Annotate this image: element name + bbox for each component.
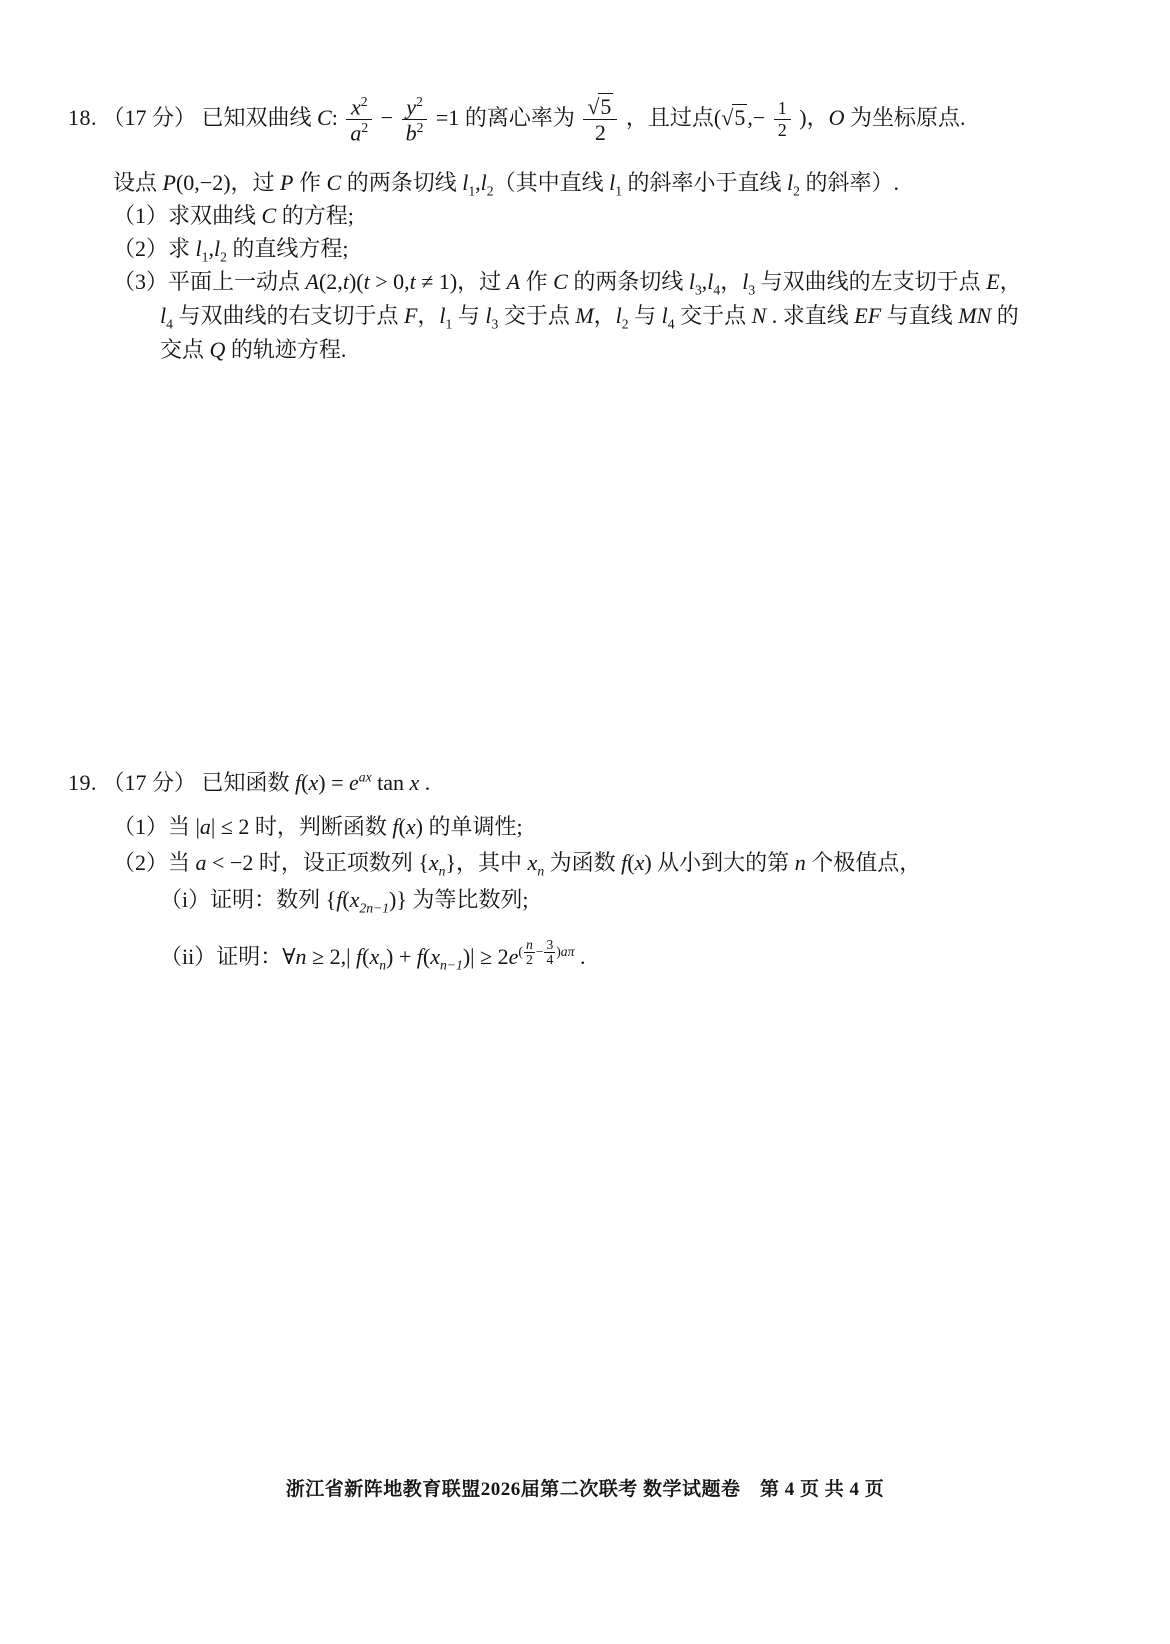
fraction-numerator: x2 [346,95,372,119]
text-run: . [419,770,430,795]
text-run: 求双曲线 [168,203,262,228]
fraction: y2 b2 [402,95,428,145]
text-run: 的直线方程; [227,236,349,261]
math-var: x [430,944,440,969]
text-run: ， [594,303,616,328]
page-footer: 浙江省新阵地教育联盟2026届第二次联考 数学试题卷 第 4 页 共 4 页 [0,1474,1170,1501]
math-var: y [406,94,416,119]
text-run: 与 [629,303,662,328]
problem-19-subitem-ii: （ii）证明：∀n ≥ 2,| f(xn) + f(xn−1)| ≥ 2e(n2… [160,938,585,975]
math-var: n [379,957,386,972]
text-run: 的两条切线 [568,269,689,294]
points-label: （17 分） [103,105,197,130]
math-sup: 2 [417,120,424,135]
text-run: ) + [386,944,417,969]
fraction-numerator: y2 [402,95,428,119]
text-run: : [332,105,338,130]
text-run: 的 [991,303,1019,328]
text-run: ≠ 1)，过 [416,269,507,294]
math-var: P [163,170,176,195]
math-sub: 4 [166,316,173,331]
radicand: 5 [732,104,747,130]
text-run: )| ≥ 2 [463,944,509,969]
problem-18-item-3-line-1: （3）平面上一动点 A(2,t)(t > 0,t ≠ 1)，过 A 作 C 的两… [113,267,1022,300]
text-run: 个极值点， [806,850,922,875]
math-var: x [350,887,360,912]
fraction-denominator: 2 [774,119,791,140]
text-run: 证明：∀ [216,944,295,969]
math-var: x [351,94,361,119]
math-var: a [196,850,207,875]
text-run: )( [349,269,364,294]
math-sub: 1 [615,183,622,198]
math-var: b [406,121,417,146]
sqrt: √5 [721,104,747,130]
text-run: ( [342,887,349,912]
item-tag: （1） [113,814,168,839]
problem-19-item-2: （2）当 a < −2 时，设正项数列 {xn}，其中 xn 为函数 f(x) … [113,848,921,881]
math-operator: − [381,105,393,130]
text-run: ,− [747,105,765,130]
text-run: ( [627,850,634,875]
text-run: }，其中 [445,850,527,875]
fraction-numerator: n [524,938,535,952]
math-var: C [327,170,342,195]
math-var: x [369,944,379,969]
text-run: 的方程; [276,203,354,228]
text-run: 已知函数 [202,770,296,795]
text-run: （其中直线 [494,170,610,195]
math-sup: 2 [361,94,368,109]
radicand: 5 [598,93,613,119]
text-run: 设点 [113,170,163,195]
text-run: 的两条切线 [341,170,462,195]
problem-19-item-1: （1）当 |a| ≤ 2 时，判断函数 f(x) 的单调性; [113,812,523,842]
text-run: 作 [520,269,553,294]
text-run: > 0, [370,269,410,294]
text-run: 交于点 [675,303,752,328]
math-var: EF [854,303,881,328]
math-var: N [752,303,767,328]
item-tag: （2） [113,236,168,261]
text-run: 的斜率）. [800,170,899,195]
math-sup: ax [359,770,372,785]
text-run: 为函数 [544,850,621,875]
math-var: C [553,269,568,294]
radical-icon: √ [721,105,732,130]
exam-page: 18. （17 分） 已知双曲线 C: x2 a2 − y2 b2 =1 的离心… [0,0,1170,1644]
problem-18-line-1: 18. （17 分） 已知双曲线 C: x2 a2 − y2 b2 =1 的离心… [68,95,965,145]
math-sub: 2 [622,316,629,331]
text-run: ) 的单调性; [416,814,523,839]
problem-18-item-1: （1）求双曲线 C 的方程; [113,201,354,231]
math-sub: 3 [695,282,702,297]
text-run: | ≤ 2 时，判断函数 [211,814,392,839]
text-run: tan [372,770,410,795]
math-var: A [507,269,520,294]
text-run: ， [1000,269,1022,294]
text-run: 交于点 [498,303,575,328]
problem-19-subitem-i: （i）证明：数列 {f(x2n−1)} 为等比数列; [160,885,529,918]
text-run: )， [799,105,828,130]
fraction-denominator: 2 [583,119,617,144]
problem-18-line-2: 设点 P(0,−2)，过 P 作 C 的两条切线 l1,l2（其中直线 l1 的… [113,168,899,201]
fraction-denominator: b2 [402,119,428,144]
problem-number: 18. [68,105,97,130]
math-var: x [528,850,538,875]
math-sub: n−1 [440,957,463,972]
text-run: ( [399,814,406,839]
text-run: 当 | [168,814,200,839]
text-run: < −2 时，设正项数列 { [207,850,429,875]
text-run: . [574,944,585,969]
fraction-denominator: 4 [544,952,555,967]
math-var: x [410,770,420,795]
text-run: 证明：数列 { [210,887,336,912]
fraction-numerator: √5 [583,95,617,119]
item-tag: （ii） [160,944,216,969]
points-label: （17 分） [103,770,197,795]
text-run: 为坐标原点. [844,105,965,130]
text-run: 作 [293,170,326,195]
fraction: 1 2 [774,99,791,140]
math-var: C [262,203,277,228]
text-run: 的轨迹方程. [225,337,346,362]
fraction: n2 [524,938,535,968]
fraction: 34 [544,938,555,968]
math-var: n−1 [440,957,463,972]
math-var: x [308,770,318,795]
text-run: (0,−2)，过 [176,170,280,195]
text-run: 求 [168,236,196,261]
math-operator: − [536,944,544,959]
item-tag: （2） [113,850,168,875]
problem-19-line-1: 19. （17 分） 已知函数 f(x) = eax tan x . [68,768,430,798]
math-sup: 2 [361,120,368,135]
math-var: E [986,269,999,294]
problem-number: 19. [68,770,97,795]
math-var: P [280,170,293,195]
text-run: 交点 [160,337,210,362]
text-run: 当 [168,850,196,875]
text-run: ， [417,303,439,328]
text-run: 与双曲线的右支切于点 [173,303,404,328]
text-run: 的斜率小于直线 [622,170,787,195]
problem-18-item-3-line-3: 交点 Q 的轨迹方程. [160,335,346,365]
math-var: x [406,814,416,839]
text-run: 的离心率为 [465,105,575,130]
item-tag: （i） [160,887,210,912]
sqrt: √5 [587,93,613,119]
math-var: A [306,269,319,294]
math-var: n [795,850,806,875]
item-tag: （3） [113,269,168,294]
fraction: x2 a2 [346,95,372,145]
math-var: n [526,937,533,952]
item-tag: （1） [113,203,168,228]
text-run: . 求直线 [766,303,854,328]
math-var: Q [210,337,226,362]
problem-18-item-3-line-2: l4 与双曲线的右支切于点 F，l1 与 l3 交于点 M，l2 与 l4 交于… [160,301,1019,334]
math-var: C [317,105,332,130]
math-var: a [350,121,361,146]
math-var: x [635,850,645,875]
fraction-numerator: 1 [774,99,791,119]
text-run: ，且过点( [626,105,721,130]
text-run: 已知双曲线 [202,105,318,130]
math-var: aπ [561,944,575,959]
math-var: F [404,303,417,328]
math-var: x [429,850,439,875]
text-run: ， [720,269,742,294]
math-var: n [296,944,307,969]
radical-icon: √ [587,94,598,119]
math-sub: 2 [793,183,800,198]
text-run: =1 [436,105,459,130]
math-var: e [509,944,519,969]
text-run: 平面上一动点 [168,269,306,294]
math-sub: 2 [487,183,494,198]
math-var: O [829,105,845,130]
fraction-numerator: 3 [544,938,555,952]
math-var: 2n−1 [359,900,389,915]
text-run: ) = [318,770,349,795]
text-run: (2, [319,269,343,294]
text-run: ≥ 2,| [307,944,356,969]
math-sup: 2 [416,94,423,109]
text-run: 与直线 [881,303,958,328]
math-var: ax [359,770,372,785]
text-run: )} 为等比数列; [389,887,529,912]
fraction-denominator: 2 [524,952,535,967]
fraction: √5 2 [583,95,617,144]
text-run: 与双曲线的左支切于点 [755,269,986,294]
math-sup: (n2−34)aπ [518,944,574,959]
math-sub: 2 [220,249,227,264]
math-var: e [349,770,359,795]
text-run: ( [518,944,523,959]
math-sub: n [379,957,386,972]
math-var: a [200,814,211,839]
text-run: ) 从小到大的第 [644,850,794,875]
fraction-denominator: a2 [346,119,372,144]
math-sub: 4 [668,316,675,331]
math-var: M [575,303,593,328]
problem-18-item-2: （2）求 l1,l2 的直线方程; [113,234,349,267]
math-var: MN [958,303,991,328]
math-sub: 2n−1 [359,900,389,915]
text-run: 与 [452,303,485,328]
